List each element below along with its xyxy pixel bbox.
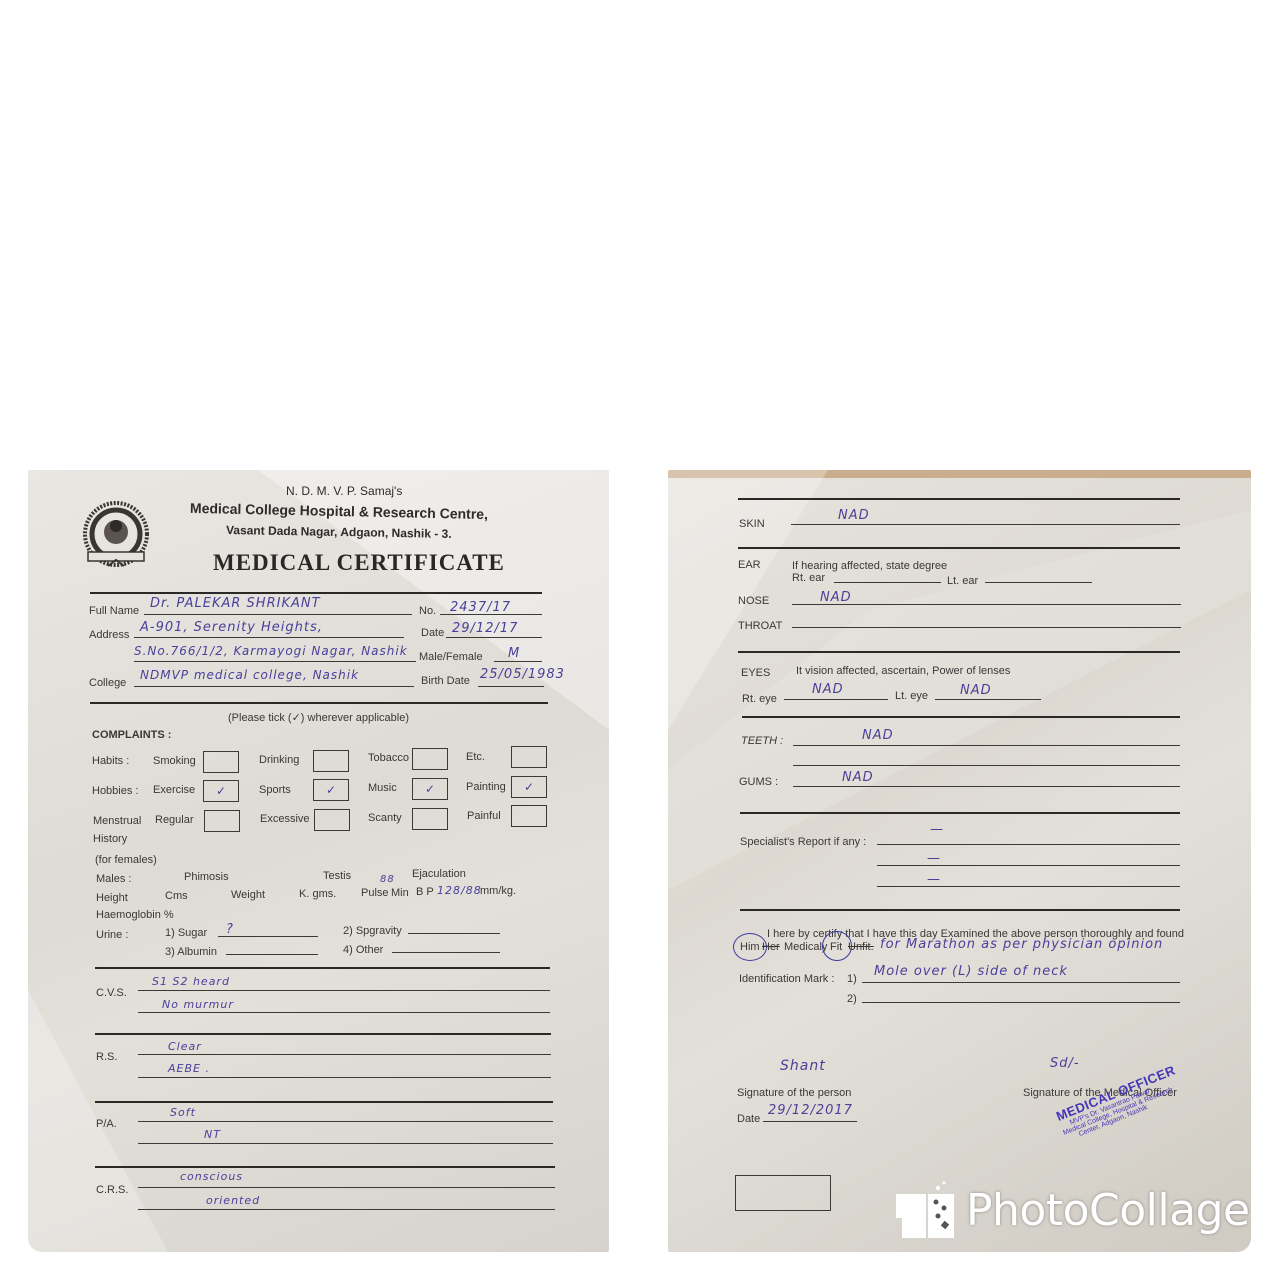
menstrual-painful-label: Painful [467,810,501,822]
specialist-line1: — [930,822,944,837]
gums-label: GUMS : [739,776,778,788]
college-value: NDMVP medical college, Nashik [140,668,359,682]
hobby-painting-checkbox[interactable]: ✓ [511,776,547,798]
menstrual-painful-checkbox[interactable] [511,805,547,827]
ear-note: If hearing affected, state degree [792,560,947,572]
person-date-value: 29/12/2017 [768,1103,853,1118]
nose-label: NOSE [738,595,769,607]
hobby-music-checkbox[interactable]: ✓ [412,778,448,800]
college-label: College [89,677,126,689]
address-line2: S.No.766/1/2, Karmayogi Nagar, Nashik [134,644,408,658]
person-signature-label: Signature of the person [737,1087,851,1099]
crs-label: C.R.S. [96,1184,128,1196]
specialist-report-label: Specialist's Report if any : [740,836,866,848]
habit-etc-checkbox[interactable] [511,746,547,768]
pa-line2: NT [204,1128,221,1141]
check-icon: ✓ [326,783,336,797]
full-name-value: Dr. PALEKAR SHRIKANT [150,596,321,611]
bp-unit: mm/kg. [480,885,516,897]
menstrual-scanty-checkbox[interactable] [412,808,448,830]
right-ear-label: Rt. ear [792,572,825,584]
certify-medicaly: Medicaly [784,941,827,953]
bp-label: B P [416,886,434,898]
right-eye-label: Rt. eye [742,693,777,705]
habit-drinking-checkbox[interactable] [313,750,349,772]
menstrual-regular-label: Regular [155,814,194,826]
hobby-exercise-label: Exercise [153,784,195,796]
watermark-text: PhotoCollage [966,1185,1250,1236]
habit-etc-label: Etc. [466,751,485,763]
gums-value: NAD [842,770,874,785]
skin-value: NAD [838,508,870,523]
identification-1-value: Mole over (L) side of neck [874,964,1068,979]
photo-stamp-box [735,1175,831,1211]
habit-smoking-label: Smoking [153,755,196,767]
urine-spgravity-label: 2) Spgravity [343,925,402,937]
crs-line2: oriented [206,1194,260,1207]
skin-label: SKIN [739,518,765,530]
habit-smoking-checkbox[interactable] [203,751,239,773]
height-unit: Cms [165,890,188,902]
hobby-sports-checkbox[interactable]: ✓ [313,779,349,801]
date-value: 29/12/17 [452,621,518,636]
address-label: Address [89,629,129,641]
teeth-value: NAD [862,728,894,743]
rs-label: R.S. [96,1051,117,1063]
pulse-min-label: Min [391,887,409,899]
height-label: Height [96,892,128,904]
left-eye-value: NAD [960,683,992,698]
eyes-note: It vision affected, ascertain, Power of … [796,665,1010,677]
testis-label: Testis [323,870,351,882]
menstrual-scanty-label: Scanty [368,812,402,824]
check-icon: ✓ [425,782,435,796]
menstrual-regular-checkbox[interactable] [204,810,240,832]
weight-unit: K. gms. [299,888,336,900]
ejaculation-label: Ejaculation [412,868,466,880]
hobbies-label: Hobbies : [92,785,138,797]
certify-unfit: Unfit. [848,941,874,953]
phimosis-label: Phimosis [184,871,229,883]
sex-label: Male/Female [419,651,483,663]
hobby-exercise-checkbox[interactable]: ✓ [203,780,239,802]
specialist-line3: — [927,872,941,887]
page-title: MEDICAL CERTIFICATE [213,550,505,576]
certify-value: for Marathon as per physician opinion [880,937,1163,952]
for-females-note: (for females) [95,854,157,866]
hobby-sports-label: Sports [259,784,291,796]
tick-instruction: (Please tick (✓) wherever applicable) [228,711,409,724]
haemoglobin-label: Haemoglobin % [96,909,174,921]
cvs-line1: S1 S2 heard [152,975,230,988]
birth-date-label: Birth Date [421,675,470,687]
menstrual-excessive-label: Excessive [260,813,310,825]
full-name-label: Full Name [89,605,139,617]
left-eye-label: Lt. eye [895,690,928,702]
society-name: N. D. M. V. P. Samaj's [286,484,402,498]
check-icon: ✓ [216,784,226,798]
habit-tobacco-label: Tobacco [368,752,409,764]
teeth-label: TEETH : [741,735,783,747]
certify-her: Her [762,941,780,953]
pulse-value: 88 [380,874,395,885]
urine-sugar-label: 1) Sugar [165,927,207,939]
person-signature: Shant [780,1058,826,1074]
address-line1: A-901, Serenity Heights, [140,620,323,635]
pa-line1: Soft [170,1106,196,1119]
crs-line1: conscious [180,1170,243,1183]
photocollage-logo-icon [892,1180,958,1240]
urine-other-label: 4) Other [343,944,383,956]
identification-1-number: 1) [847,973,857,985]
officer-signature: Sd/- [1050,1056,1080,1071]
hobby-painting-label: Painting [466,781,506,793]
menstrual-history-label: History [93,833,127,845]
cvs-line2: No murmur [162,998,234,1011]
institution-seal-icon [78,500,154,570]
right-eye-value: NAD [812,682,844,697]
urine-label: Urine : [96,929,128,941]
photocollage-watermark: PhotoCollage [892,1180,1250,1240]
cvs-label: C.V.S. [96,987,127,999]
date-label: Date [421,627,444,639]
left-ear-label: Lt. ear [947,575,978,587]
identification-2-number: 2) [847,993,857,1005]
males-label: Males : [96,873,131,885]
eyes-label: EYES [741,667,770,679]
specialist-line2: — [927,851,941,866]
birth-date-value: 25/05/1983 [480,667,565,682]
weight-label: Weight [231,889,265,901]
ear-label: EAR [738,559,761,571]
nose-value: NAD [820,590,852,605]
habit-tobacco-checkbox[interactable] [412,748,448,770]
sex-value: M [508,646,520,661]
menstrual-excessive-checkbox[interactable] [314,809,350,831]
rs-line2: AEBE . [168,1062,210,1075]
complaints-title: COMPLAINTS : [92,729,171,741]
habits-label: Habits : [92,755,129,767]
bp-value: 128/88 [437,884,482,897]
rs-line1: Clear [168,1040,202,1053]
person-date-label: Date [737,1113,760,1125]
check-icon: ✓ [524,780,534,794]
urine-albumin-label: 3) Albumin [165,946,217,958]
pa-label: P/A. [96,1118,117,1130]
menstrual-label: Menstrual [93,815,141,827]
habit-drinking-label: Drinking [259,754,299,766]
number-label: No. [419,605,436,617]
pulse-label: Pulse [361,887,389,899]
identification-label: Identification Mark : [739,973,834,985]
urine-sugar-value: ? [226,922,234,937]
number-value: 2437/17 [450,600,511,615]
throat-label: THROAT [738,620,782,632]
certificate-page-back [668,470,1251,1252]
hobby-music-label: Music [368,782,397,794]
paper-fold-shadow [668,470,1251,1252]
